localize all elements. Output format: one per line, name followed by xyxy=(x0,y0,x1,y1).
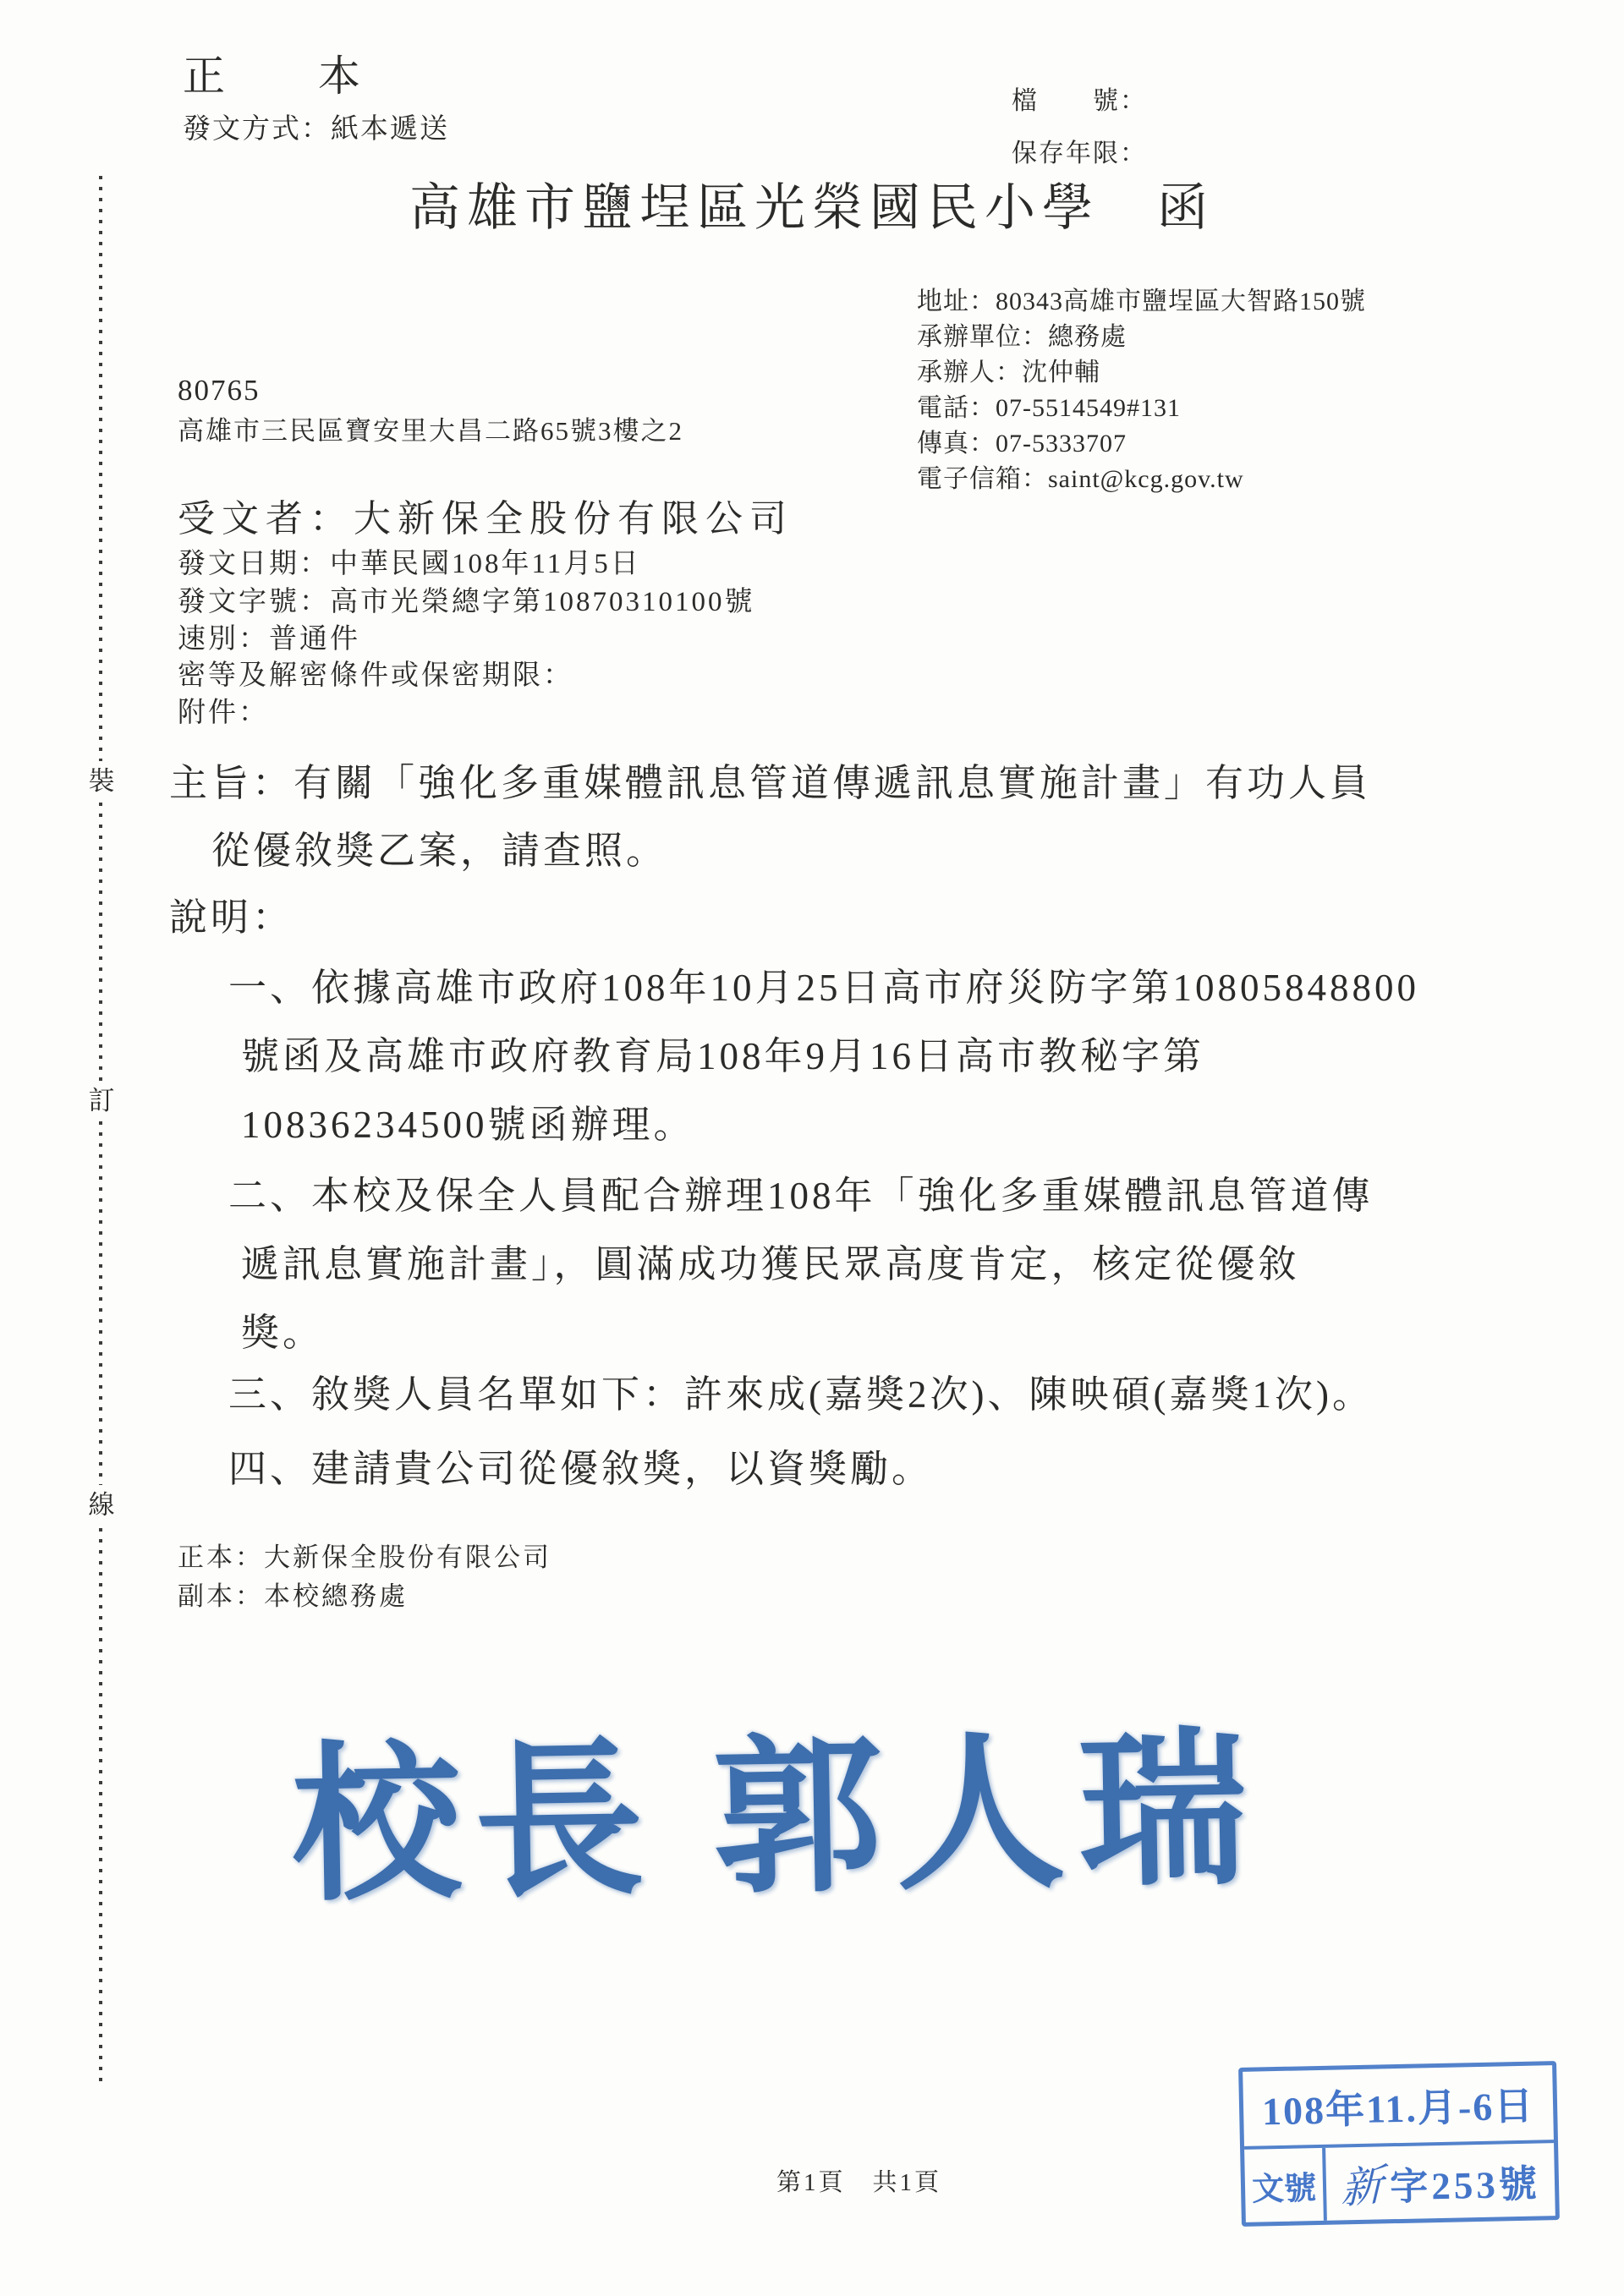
file-number-label: 檔 號： xyxy=(1012,79,1147,117)
contact-email: 電子信箱：saint@kcg.gov.tw xyxy=(917,462,1366,497)
copy-type-label: 正 本 xyxy=(183,42,386,103)
delivery-method-label: 發文方式：紙本遞送 xyxy=(183,107,449,146)
explanation-item-2: 二、本校及保全人員配合辦理108年「強化多重媒體訊息管道傳 遞訊息實施計畫」，圓… xyxy=(241,1162,1518,1367)
recipient-zip: 80765 xyxy=(178,374,261,408)
contact-unit: 承辦單位：總務處 xyxy=(917,320,1366,355)
binding-dotted-line xyxy=(99,176,102,2082)
school-contact-block: 地址：80343高雄市鹽埕區大智路150號 承辦單位：總務處 承辦人：沈仲輔 電… xyxy=(917,284,1366,497)
recipient-address: 高雄市三民區寶安里大昌二路65號3樓之2 xyxy=(178,409,683,447)
page-number-footer: 第1頁 共1頁 xyxy=(776,2163,941,2198)
stamp-doc-number-rest: 字253號 xyxy=(1390,2152,1541,2211)
stamp-handwritten-char: 新 xyxy=(1341,2151,1386,2217)
attachment-line: 附件： xyxy=(178,690,269,730)
principal-signature: 校長 郭人瑞 xyxy=(289,1677,1478,1959)
issue-date-line: 發文日期：中華民國108年11月5日 xyxy=(178,541,641,581)
official-letter-page: 正 本 發文方式：紙本遞送 檔 號： 保存年限： 高雄市鹽埕區光榮國民小學 函 … xyxy=(0,0,1624,2296)
date-received-stamp: 108年11.月-6日 文號 新 字253號 xyxy=(1238,2061,1560,2227)
distribution-copy: 副本：本校總務處 xyxy=(178,1575,408,1613)
binding-mark-zhuang: 裝 xyxy=(87,761,116,801)
security-level-line: 密等及解密條件或保密期限： xyxy=(178,653,573,693)
explanation-item-3: 三、敘獎人員名單如下：許來成(嘉獎2次)、陳映碩(嘉獎1次)。 xyxy=(241,1361,1518,1429)
contact-fax: 傳真：07-5333707 xyxy=(917,426,1366,462)
explanation-item-1: 一、依據高雄市政府108年10月25日高市府災防字第10805848800 號函… xyxy=(241,954,1518,1159)
retention-period-label: 保存年限： xyxy=(1012,132,1147,169)
stamp-doc-number-value: 新 字253號 xyxy=(1325,2143,1555,2221)
contact-phone: 電話：07-5514549#131 xyxy=(917,391,1366,426)
stamp-doc-number-label: 文號 xyxy=(1244,2148,1327,2222)
speed-level-line: 速別：普通件 xyxy=(178,616,360,656)
school-address: 地址：80343高雄市鹽埕區大智路150號 xyxy=(917,284,1366,320)
contact-person: 承辦人：沈仲輔 xyxy=(917,355,1366,391)
binding-mark-xian: 線 xyxy=(87,1485,116,1525)
explanation-heading: 說明： xyxy=(169,886,294,941)
stamp-date: 108年11.月-6日 xyxy=(1243,2065,1554,2150)
recipient-line: 受文者：大新保全股份有限公司 xyxy=(178,488,793,542)
explanation-item-4: 四、建請貴公司從優敘獎，以資獎勵。 xyxy=(241,1435,1518,1504)
binding-mark-ding: 訂 xyxy=(87,1081,116,1121)
doc-number-line: 發文字號：高市光榮總字第10870310100號 xyxy=(178,579,755,619)
distribution-original: 正本：大新保全股份有限公司 xyxy=(178,1536,551,1574)
document-title: 高雄市鹽埕區光榮國民小學 函 xyxy=(0,167,1624,240)
subject-paragraph: 主旨：有關「強化多重媒體訊息管道傳遞訊息實施計畫」有功人員 從優敘獎乙案，請查照… xyxy=(211,749,1506,885)
